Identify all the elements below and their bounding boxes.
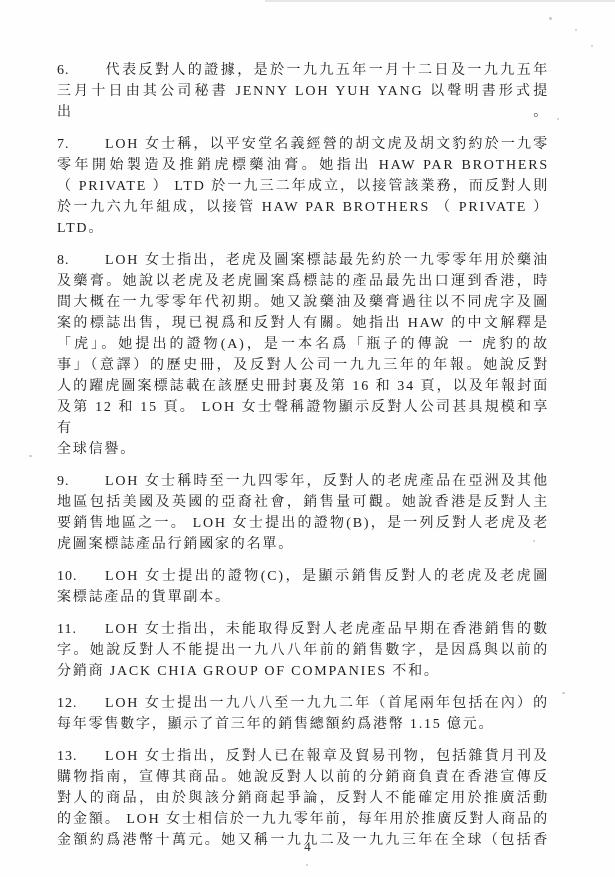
paragraph-number: 13. (57, 746, 105, 767)
paragraph-line: 及第 12 和 15 頁。 LOH 女士聲稱證物顯示反對人公司甚具規模和享有 (57, 397, 549, 439)
paragraph-line: 11.LOH 女士指出，未能取得反對人老虎產品早期在香港銷售的數 (57, 619, 549, 640)
paragraph-line: 人的躍虎圖案標誌載在該歷史冊封裏及第 16 和 34 頁，以及年報封面 (57, 376, 549, 397)
paragraph-line: 間大概在一九零零年代初期。她又說藥油及藥膏過往以不同虎字及圖 (57, 292, 549, 313)
paragraph-number: 6. (57, 60, 105, 81)
paragraph-line: 案的標誌出售，現已視爲和反對人有關。她指出 HAW 的中文解釋是 (57, 313, 549, 334)
paragraph-line: 12.LOH 女士提出一九八八至一九九二年（首尾兩年包括在內）的 (57, 693, 549, 714)
paragraph-line: 的金額。 LOH 女士相信於一九九零年前，每年用於推廣反對人商品的 (57, 809, 549, 830)
paragraph-line: 每年零售數字，顯示了首三年的銷售總額約爲港幣 1.15 億元。 (57, 714, 549, 735)
paragraph-line: 及藥膏。她說以老虎及老虎圖案爲標誌的產品最先出口運到香港，時 (57, 271, 549, 292)
document-body: 6.代表反對人的證據，是於一九九五年一月十二日及一九九五年三月十日由其公司秘書 … (57, 60, 549, 862)
paragraph-line: 分銷商 JACK CHIA GROUP OF COMPANIES 不和。 (57, 661, 549, 682)
scan-artifact-top-edge (265, 0, 615, 2)
paragraph-10: 10.LOH 女士提出的證物(C)，是顯示銷售反對人的老虎及老虎圖案標誌產品的貨… (57, 566, 549, 608)
paragraph-line: 字。她說反對人不能提出一九八八年前的銷售數字，是因爲與以前的 (57, 640, 549, 661)
scan-speck (549, 17, 552, 20)
scan-speck (575, 29, 577, 31)
paragraph-8: 8.LOH 女士指出，老虎及圖案標誌最先約於一九零零年用於藥油及藥膏。她說以老虎… (57, 250, 549, 460)
paragraph-line: 8.LOH 女士指出，老虎及圖案標誌最先約於一九零零年用於藥油 (57, 250, 549, 271)
paragraph-number: 11. (57, 619, 105, 640)
scan-speck (562, 692, 565, 694)
paragraph-line: 全球信譽。 (57, 439, 549, 460)
paragraph-11: 11.LOH 女士指出，未能取得反對人老虎產品早期在香港銷售的數字。她說反對人不… (57, 619, 549, 682)
paragraph-line: 6.代表反對人的證據，是於一九九五年一月十二日及一九九五年 (57, 60, 549, 81)
paragraph-number: 7. (57, 134, 105, 155)
paragraph-line: （ PRIVATE ） LTD 於一九三二年成立，以接管該業務，而反對人則 (57, 176, 549, 197)
scan-speck (306, 864, 308, 866)
paragraph-line: 事」（意譯）的歷史冊，及反對人公司一九九三年的年報。她說反對 (57, 355, 549, 376)
paragraph-line: 零年開始製造及推銷虎標藥油膏。她指出 HAW PAR BROTHERS (57, 155, 549, 176)
paragraph-12: 12.LOH 女士提出一九八八至一九九二年（首尾兩年包括在內）的每年零售數字，顯… (57, 693, 549, 735)
paragraph-number: 12. (57, 693, 105, 714)
paragraph-line: 13.LOH 女士指出，反對人已在報章及貿易刊物，包括雜貨月刊及 (57, 746, 549, 767)
scanned-document-page: 6.代表反對人的證據，是於一九九五年一月十二日及一九九五年三月十日由其公司秘書 … (0, 0, 615, 877)
paragraph-line: 三月十日由其公司秘書 JENNY LOH YUH YANG 以聲明書形式提出。 (57, 81, 549, 123)
paragraph-line: 「虎」。她提出的證物(A)，是一本名爲「瓶子的傳說 一 虎豹的故 (57, 334, 549, 355)
paragraph-line: 地區包括美國及英國的亞裔社會，銷售量可觀。她說香港是反對人主 (57, 492, 549, 513)
paragraph-line: 於一九六九年組成，以接管 HAW PAR BROTHERS （ PRIVATE … (57, 197, 549, 218)
page-footer: 4 (0, 838, 615, 856)
scan-speck (557, 118, 559, 120)
paragraph-line: 要銷售地區之一。 LOH 女士提出的證物(B)，是一列反對人老虎及老 (57, 513, 549, 534)
paragraph-9: 9.LOH 女士稱時至一九四零年，反對人的老虎產品在亞洲及其他地區包括美國及英國… (57, 471, 549, 555)
paragraph-line: 虎圖案標誌產品行銷國家的名單。 (57, 534, 549, 555)
paragraph-line: 7.LOH 女士稱，以平安堂名義經營的胡文虎及胡文豹約於一九零 (57, 134, 549, 155)
paragraph-number: 10. (57, 566, 105, 587)
paragraph-6: 6.代表反對人的證據，是於一九九五年一月十二日及一九九五年三月十日由其公司秘書 … (57, 60, 549, 123)
scan-speck (591, 45, 593, 47)
paragraph-number: 8. (57, 250, 105, 271)
paragraph-line: LTD。 (57, 218, 549, 239)
paragraph-line: 對人的商品，由於與該分銷商起爭論，反對人不能確定用於推廣活動 (57, 788, 549, 809)
paragraph-7: 7.LOH 女士稱，以平安堂名義經營的胡文虎及胡文豹約於一九零零年開始製造及推銷… (57, 134, 549, 239)
paragraph-number: 9. (57, 471, 105, 492)
scan-speck (29, 455, 32, 457)
paragraph-line: 購物指南，宣傳其商品。她說反對人以前的分銷商負責在香港宣傳反 (57, 767, 549, 788)
paragraph-line: 案標誌產品的貨單副本。 (57, 587, 549, 608)
paragraph-13: 13.LOH 女士指出，反對人已在報章及貿易刊物，包括雜貨月刊及購物指南，宣傳其… (57, 746, 549, 851)
paragraph-line: 9.LOH 女士稱時至一九四零年，反對人的老虎產品在亞洲及其他 (57, 471, 549, 492)
paragraph-line: 10.LOH 女士提出的證物(C)，是顯示銷售反對人的老虎及老虎圖 (57, 566, 549, 587)
page-number: 4 (304, 839, 311, 854)
